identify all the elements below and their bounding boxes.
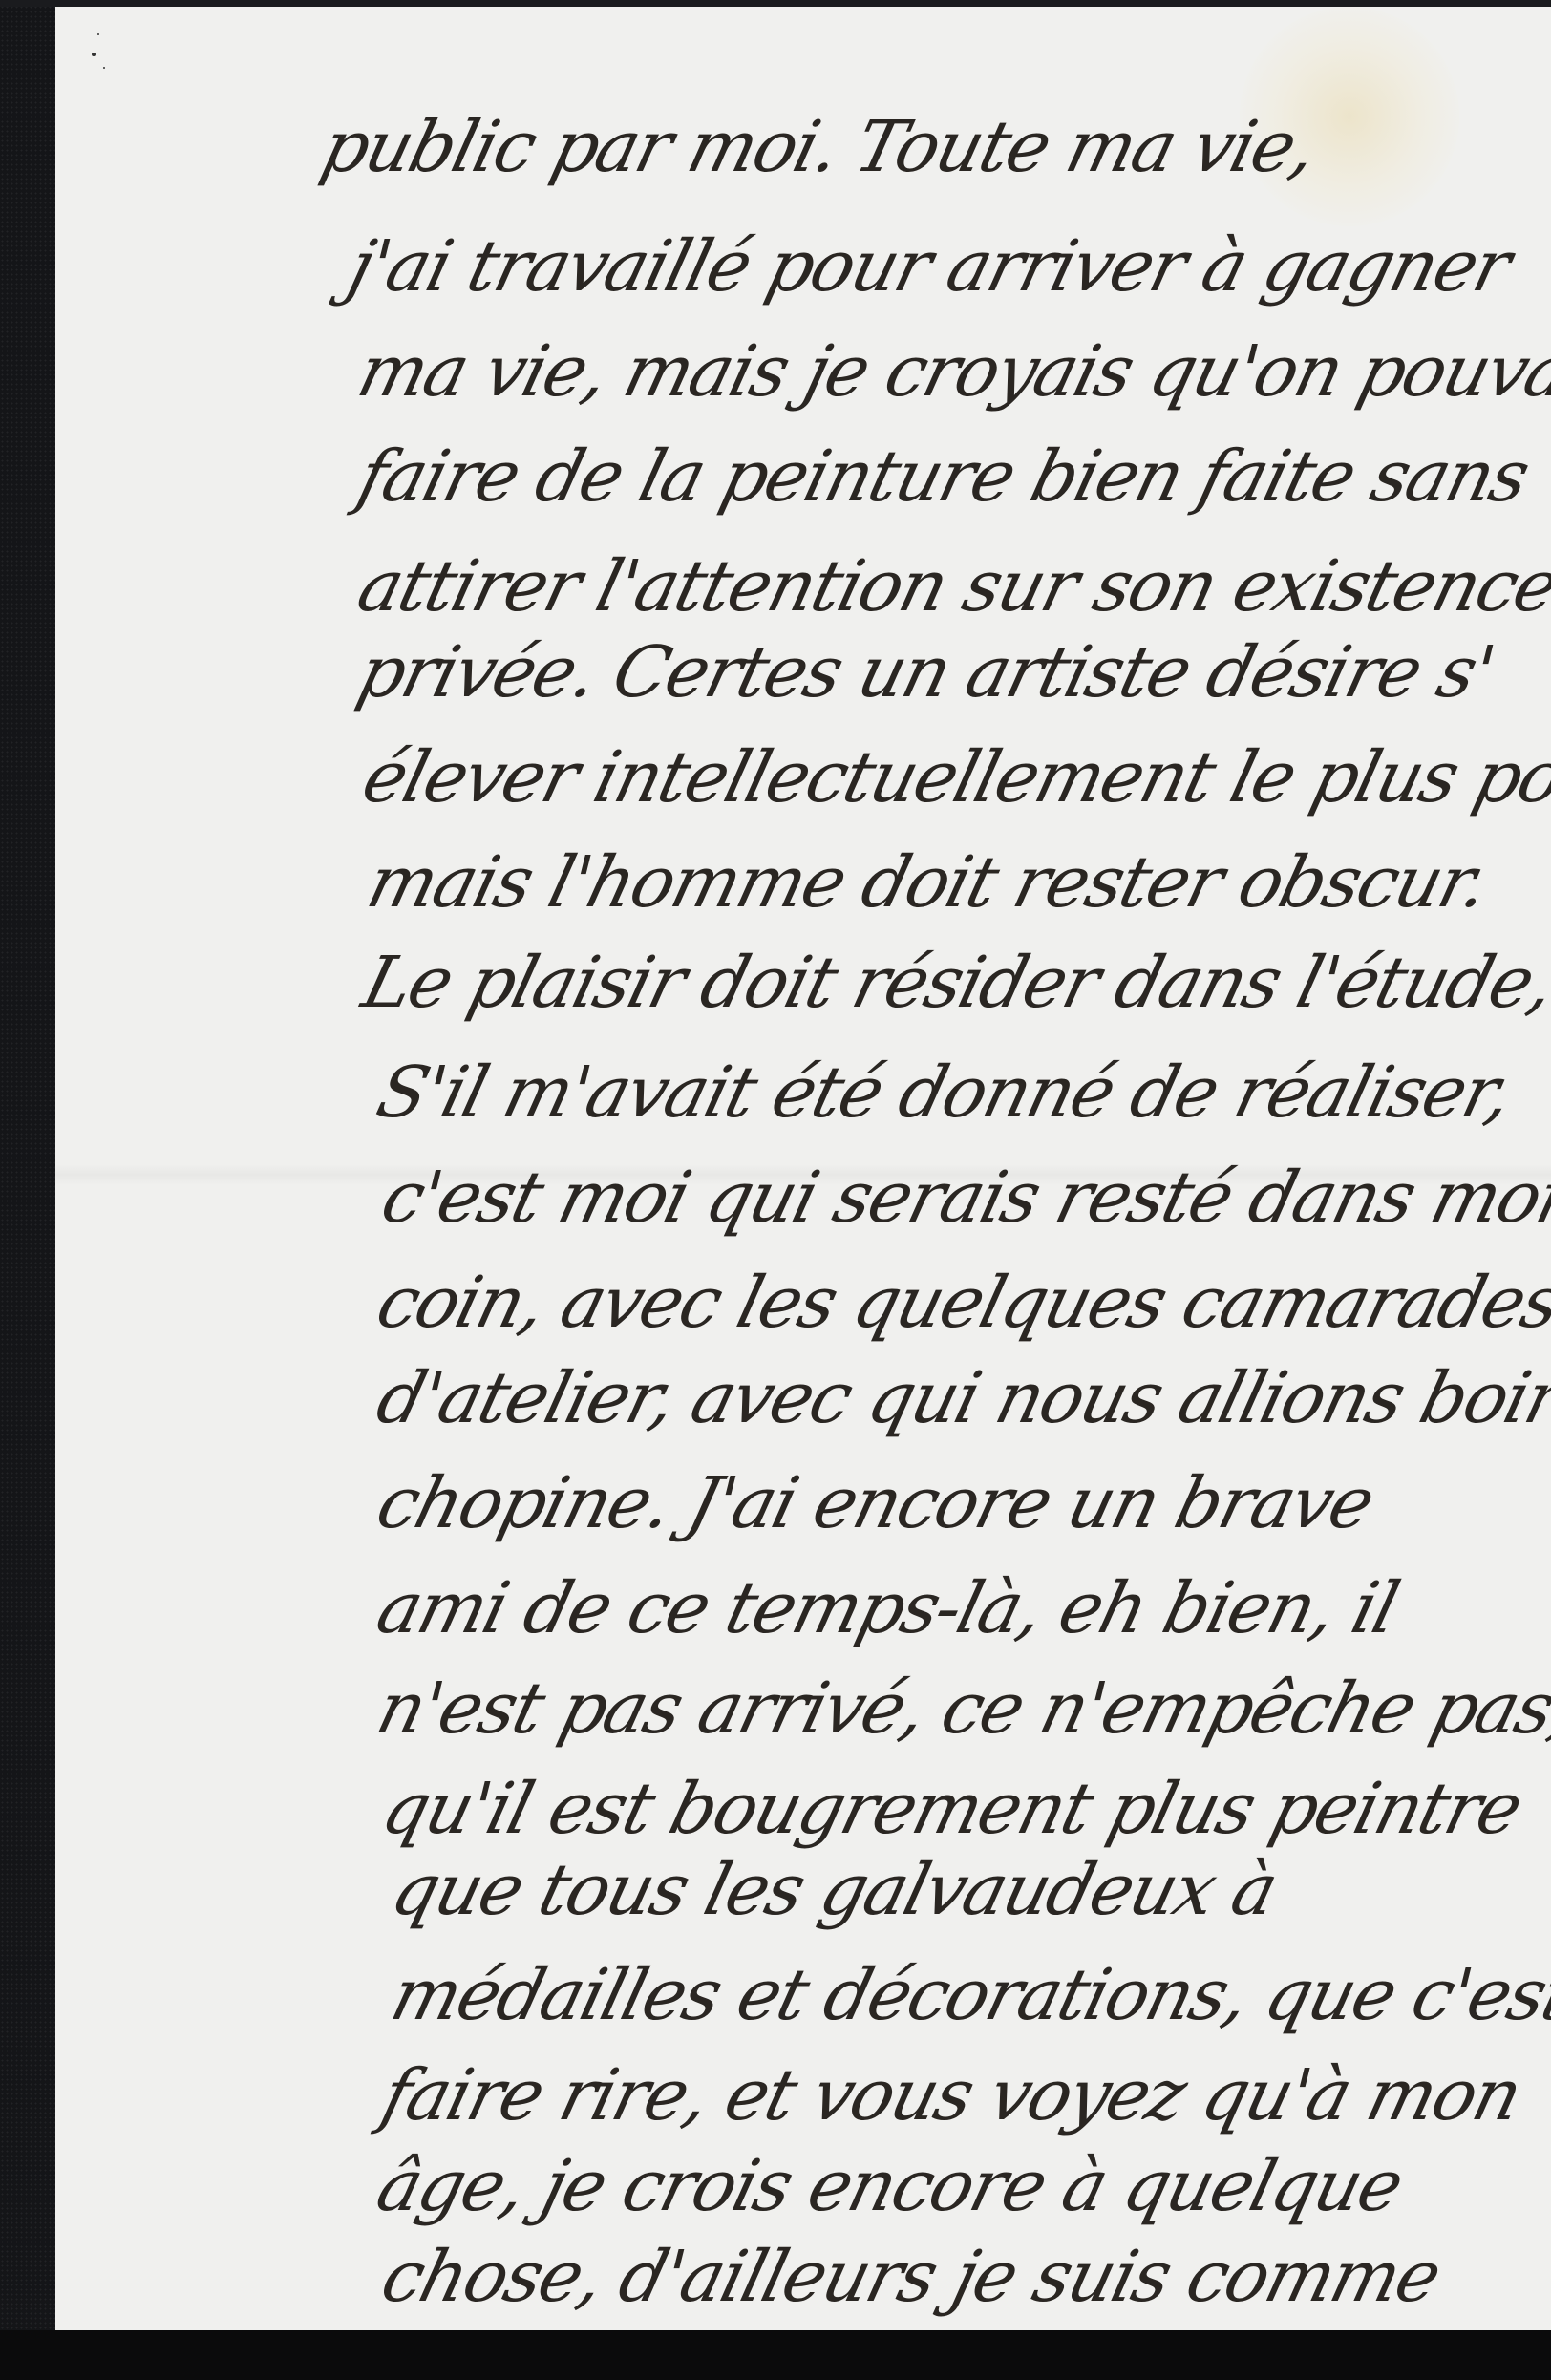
text-line: c'est moi qui serais resté dans mon [375,1162,1551,1233]
text-line: qu'il est bougrement plus peintre [375,1774,1527,1844]
scan-top-border [0,0,1551,7]
text-line: médailles et décorations, que c'est à [385,1960,1551,2030]
text-line: j'ai travaillé pour arriver à gagner [342,231,1516,302]
text-line: élever intellectuellement le plus possib… [356,742,1551,813]
text-line: faire de la peinture bien faite sans [351,441,1535,512]
text-line: coin, avec les quelques camarades [371,1267,1551,1338]
text-line: n'est pas arrivé, ce n'empêche pas, [371,1673,1551,1744]
text-line: mais l'homme doit rester obscur. [361,847,1494,918]
letter-page: public par moi. Toute ma vie, j'ai trava… [55,7,1551,2330]
text-line: que tous les galvaudeux à [385,1855,1283,1925]
text-line: ami de ce temps-là, eh bien, il [371,1573,1404,1644]
text-line: faire rire, et vous voyez qu'à mon [375,2060,1527,2131]
text-line: d'atelier, avec qui nous allions boire [371,1363,1551,1434]
text-line: chopine. J'ai encore un brave [371,1468,1379,1539]
text-line: privée. Certes un artiste désire s' [351,637,1500,708]
text-line: chose, d'ailleurs je suis comme [375,2242,1446,2312]
text-line: âge, je crois encore à quelque [371,2151,1409,2221]
text-line: Le plaisir doit résider dans l'étude, [356,947,1551,1018]
text-line: attirer l'attention sur son existence [351,551,1551,622]
text-line: S'il m'avait été donné de réaliser, [371,1057,1518,1128]
scan-bottom-border [0,2330,1551,2380]
text-line: public par moi. Toute ma vie, [315,112,1322,182]
text-line: ma vie, mais je croyais qu'on pouvait [351,336,1551,407]
handwritten-text: public par moi. Toute ma vie, j'ai trava… [55,7,1551,2330]
scan-left-border [0,0,55,2380]
